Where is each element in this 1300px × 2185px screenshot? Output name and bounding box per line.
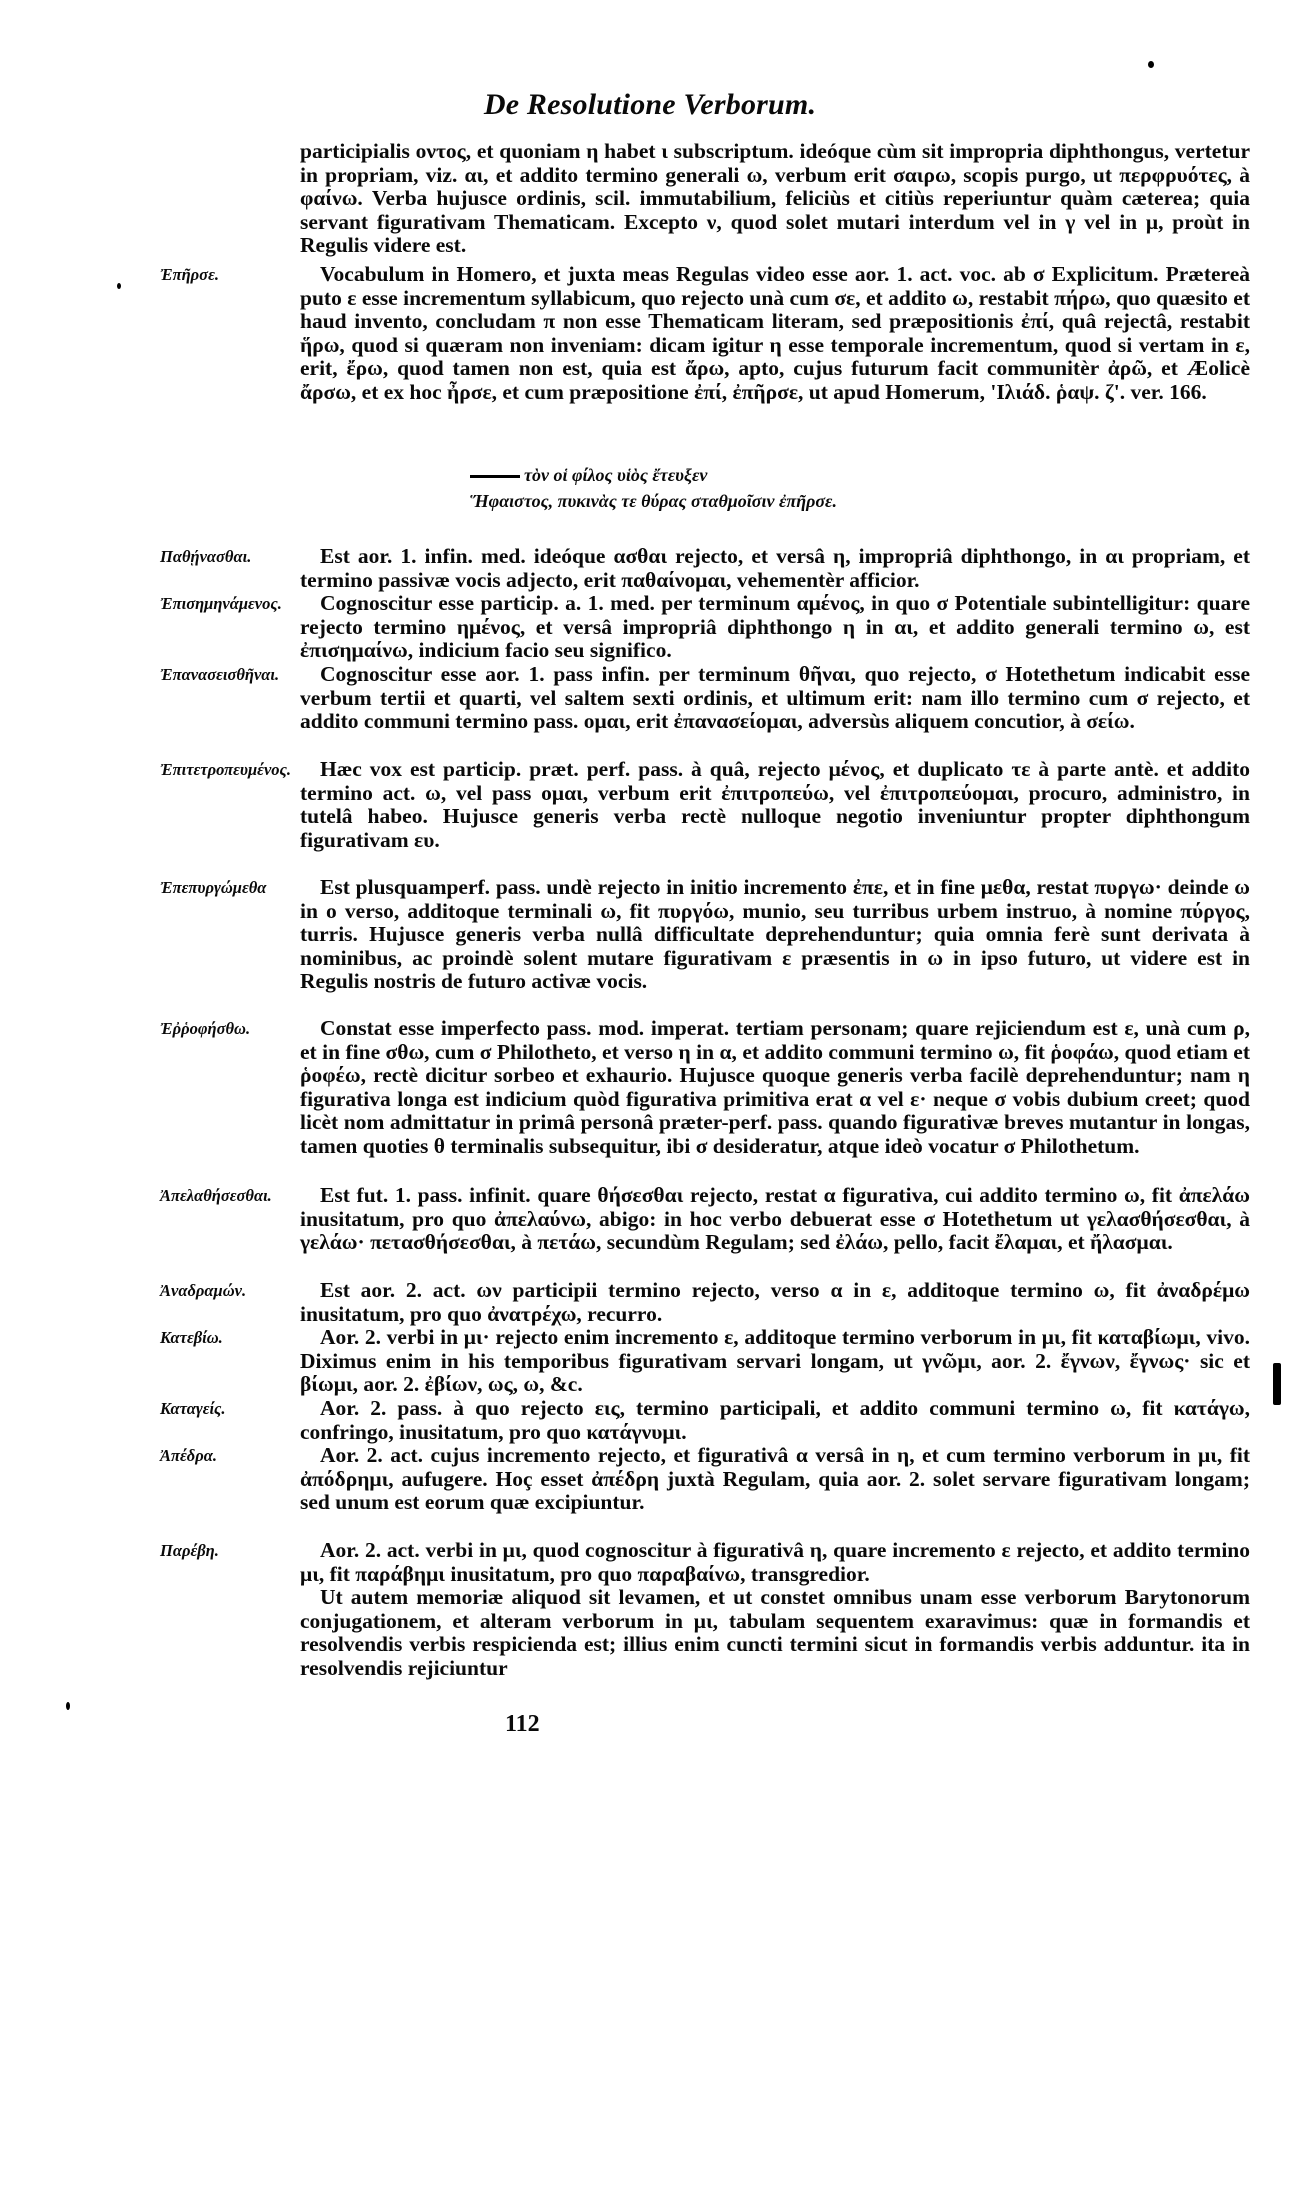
verse-line-2: Ἥφαιστος, πυκινὰς τε θύρας σταθμοῖσιν ἐπ… xyxy=(470,488,1070,514)
verse-line-1: τὸν οἱ φίλος υἱὸς ἔτευξεν xyxy=(470,462,1070,488)
entry-text: Est aor. 1. infin. med. ideóque ασθαι re… xyxy=(300,545,1250,592)
margin-headword: Ἐῤῥοφήσθω. xyxy=(160,1017,280,1041)
entry-text: Aor. 2. pass. à quo rejecto εις, termino… xyxy=(300,1397,1250,1444)
verse-quotation: τὸν οἱ φίλος υἱὸς ἔτευξεν Ἥφαιστος, πυκι… xyxy=(470,462,1070,514)
scan-ink-mark xyxy=(1273,1363,1281,1405)
continuation-text: participialis οντος, et quoniam η habet … xyxy=(300,140,1250,258)
margin-headword: Ἀναδραμών. xyxy=(160,1279,280,1303)
scan-speck xyxy=(117,283,121,289)
page-number: 112 xyxy=(505,1711,540,1738)
margin-headword: Ἐπισημηνάμενος. xyxy=(160,592,280,616)
entry-text: Aor. 2. act. cujus incremento rejecto, e… xyxy=(300,1444,1250,1515)
margin-headword: Ἀπελαθήσεσθαι. xyxy=(160,1184,280,1208)
entry-text: Est aor. 2. act. ων participii termino r… xyxy=(300,1279,1250,1326)
margin-headword: Ἐπῆρσε. xyxy=(160,263,280,287)
em-dash-rule xyxy=(470,475,520,478)
margin-headword: Παρέβη. xyxy=(160,1539,280,1563)
margin-headword: Ἐπιτετροπευμένος. xyxy=(160,758,280,782)
entry-text: Cognoscitur esse aor. 1. pass infin. per… xyxy=(300,663,1250,734)
margin-headword: Κατεβίω. xyxy=(160,1326,280,1350)
scan-speck xyxy=(66,1702,70,1710)
margin-headword: Ἀπέδρα. xyxy=(160,1444,280,1468)
margin-headword: Καταγείς. xyxy=(160,1397,280,1421)
entry-text: Aor. 2. act. verbi in μι, quod cognoscit… xyxy=(300,1539,1250,1586)
scan-speck xyxy=(1148,61,1154,68)
entry-text: Hæc vox est particip. præt. perf. pass. … xyxy=(300,758,1250,852)
entry-text-content: Vocabulum in Homero, et juxta meas Regul… xyxy=(300,262,1250,404)
entry-text: Vocabulum in Homero, et juxta meas Regul… xyxy=(300,263,1250,405)
margin-headword: Ἐπανασεισθῆναι. xyxy=(160,663,280,687)
entry-text: Constat esse imperfecto pass. mod. imper… xyxy=(300,1017,1250,1159)
entry-text: Est plusquamperf. pass. undè rejecto in … xyxy=(300,876,1250,994)
margin-headword: Ἐπεπυργώμεθα xyxy=(160,876,280,900)
entry-text: Est fut. 1. pass. infinit. quare θήσεσθα… xyxy=(300,1184,1250,1255)
margin-headword: Παθῄνασθαι. xyxy=(160,545,280,569)
entry-text: Cognoscitur esse particip. a. 1. med. pe… xyxy=(300,592,1250,663)
page-title: De Resolutione Verborum. xyxy=(0,88,1300,122)
closing-text: Ut autem memoriæ aliquod sit levamen, et… xyxy=(300,1586,1250,1680)
entry-text: Aor. 2. verbi in μι· rejecto enim increm… xyxy=(300,1326,1250,1397)
